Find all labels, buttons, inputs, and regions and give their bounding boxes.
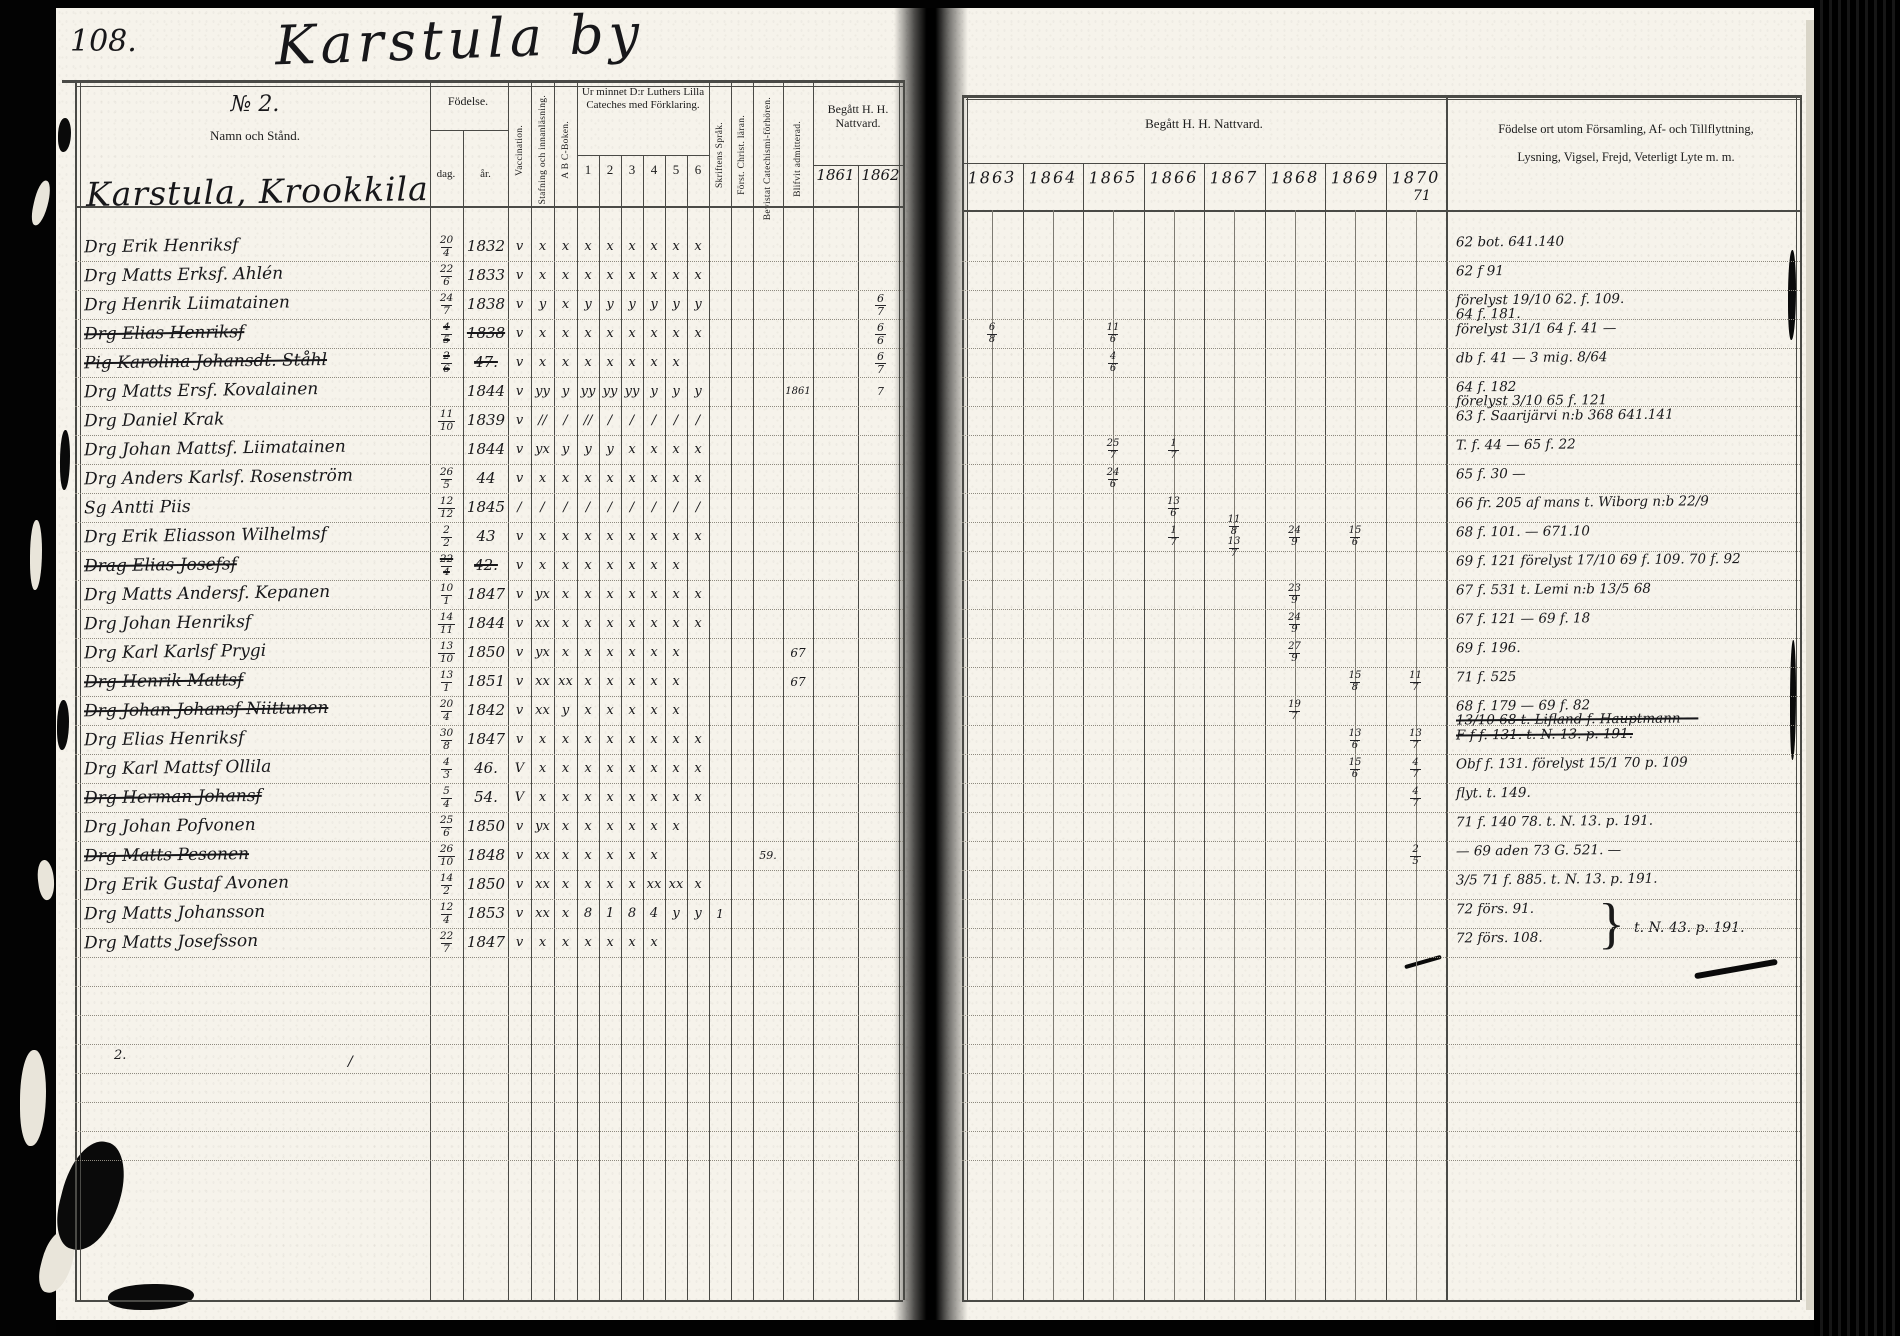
- cell-birth-year: 1842: [464, 701, 508, 719]
- row-rule: [962, 1131, 1800, 1132]
- cell-birth-day: 227: [430, 928, 463, 957]
- cell-catechism-mark: y: [665, 377, 687, 406]
- cell-reading-mark: xx: [531, 899, 554, 928]
- communion-year-label: 1870: [1385, 167, 1445, 187]
- cell-birth-day: 265: [430, 464, 463, 493]
- cell-vaccination-mark: v: [508, 725, 531, 754]
- cell-vaccination-mark: v: [508, 464, 531, 493]
- cell-reading-mark: yx: [531, 580, 554, 609]
- cell-vaccination-mark: v: [508, 551, 531, 580]
- grid-vline: [80, 82, 81, 1300]
- cell-birth-day: 142: [430, 870, 463, 899]
- cell-catechism-mark: /: [643, 493, 665, 522]
- cell-catechism-mark: yy: [577, 377, 599, 406]
- row-rule: [75, 551, 903, 552]
- cell-abc-mark: x: [554, 870, 577, 899]
- cell-vaccination-mark: v: [508, 928, 531, 957]
- row-rule: [75, 493, 903, 494]
- grid-hline: [962, 1300, 1800, 1302]
- cell-vaccination-mark: v: [508, 812, 531, 841]
- cell-abc-mark: y: [554, 435, 577, 464]
- row-rule: [75, 609, 903, 610]
- grid-vline: [903, 82, 905, 1300]
- cell-catechism-mark: /: [665, 493, 687, 522]
- cell-vaccination-mark: V: [508, 754, 531, 783]
- cell-catechism-mark: x: [643, 812, 665, 841]
- cell-catechism-mark: x: [665, 464, 687, 493]
- cell-catechism-mark: y: [687, 377, 709, 406]
- cell-reading-mark: yx: [531, 435, 554, 464]
- remark-line: 67 f. 121 — 69 f. 18: [1456, 610, 1796, 627]
- cell-birth-day: 45: [430, 319, 463, 348]
- cell-reading-mark: x: [531, 232, 554, 261]
- remark-line: Obf f. 131. förelyst 15/1 70 p. 109: [1456, 755, 1796, 772]
- remark-line: 72 förs. 91.: [1456, 900, 1796, 917]
- cell-abc-mark: x: [554, 638, 577, 667]
- cell-communion-year-mark: 137: [1386, 725, 1446, 754]
- cell-catechism-mark: /: [621, 493, 643, 522]
- cell-catechism-mark: x: [577, 870, 599, 899]
- cell-birth-day: 1411: [430, 609, 463, 638]
- cell-catechism-mark: yy: [621, 377, 643, 406]
- remark-line: förelyst 3/10 65 f. 121: [1456, 392, 1796, 409]
- cell-catechism-mark: x: [621, 261, 643, 290]
- cell-vaccination-mark: v: [508, 406, 531, 435]
- cell-vaccination-mark: v: [508, 609, 531, 638]
- row-rule: [962, 1160, 1800, 1161]
- cell-catechism-mark: x: [621, 841, 643, 870]
- cell-catechism-mark: x: [621, 696, 643, 725]
- cell-abc-mark: x: [554, 609, 577, 638]
- cell-communion-year-mark: 158: [1325, 667, 1385, 696]
- cell-vaccination-mark: v: [508, 319, 531, 348]
- cell-birth-day: 204: [430, 232, 463, 261]
- row-name: Drg Matts Ersf. Kovalainen: [84, 378, 428, 403]
- cell-catechism-mark: x: [577, 609, 599, 638]
- grid-hline: [430, 130, 508, 131]
- cell-catechism-mark: x: [665, 580, 687, 609]
- cell-catechism-mark: /: [687, 493, 709, 522]
- cell-catechism-mark: x: [687, 522, 709, 551]
- row-rule: [962, 1073, 1800, 1074]
- cell-birth-day: 308: [430, 725, 463, 754]
- row-rule: [75, 812, 903, 813]
- cell-birth-day: 204: [430, 696, 463, 725]
- cell-birth-year: 1844: [464, 614, 508, 632]
- cell-abc-mark: y: [554, 696, 577, 725]
- cell-communion-year-mark: 197: [1265, 696, 1325, 725]
- cell-catechism-mark: x: [665, 754, 687, 783]
- cell-catechism-mark: 4: [643, 899, 665, 928]
- cell-catechism-mark: y: [599, 435, 621, 464]
- cell-birth-year: 1853: [464, 904, 508, 922]
- row-name: Drg Karl Mattsf Ollila: [84, 755, 428, 780]
- cell-catechism-mark: x: [599, 812, 621, 841]
- cell-catechism-mark: /: [687, 406, 709, 435]
- catechism-subcolumn-number: 5: [665, 162, 687, 178]
- row-name: Drg Karl Karlsf Prygi: [84, 639, 428, 664]
- cell-catechism-mark: y: [577, 290, 599, 319]
- document-scan: 108. Karstula by Karstula, Krookkila № 2…: [0, 0, 1900, 1336]
- cell-vaccination-mark: v: [508, 348, 531, 377]
- cell-catechism-mark: x: [665, 783, 687, 812]
- cell-reading-mark: x: [531, 261, 554, 290]
- row-name: Pig Karolina Johansdt. Ståhl: [84, 349, 428, 374]
- row-rule: [75, 1131, 903, 1132]
- cell-catechism-mark: y: [577, 435, 599, 464]
- cell-catechism-mark: x: [665, 319, 687, 348]
- grid-vline: [992, 210, 993, 1300]
- cell-birth-year: 1844: [464, 382, 508, 400]
- remark-line: 62 f 91: [1456, 262, 1796, 279]
- cell-catechism-mark: x: [621, 754, 643, 783]
- cell-catechism-mark: x: [665, 725, 687, 754]
- cell-abc-mark: x: [554, 754, 577, 783]
- cell-communion-year-mark: 17: [1144, 522, 1204, 551]
- row-rule: [75, 696, 903, 697]
- cell-admitted-mark: 1861: [783, 377, 813, 406]
- cell-catechism-mark: x: [665, 609, 687, 638]
- row-rule: [75, 522, 903, 523]
- remark-line: 62 bot. 641.140: [1456, 233, 1796, 250]
- row-name: Drg Matts Erksf. Ahlén: [84, 262, 428, 287]
- cell-vaccination-mark: v: [508, 841, 531, 870]
- cell-birth-year: 1845: [464, 498, 508, 516]
- cell-catechism-mark: y: [599, 290, 621, 319]
- cell-birth-year: 1838: [464, 295, 508, 313]
- cell-catechism-mark: x: [577, 348, 599, 377]
- cell-birth-year: 42.: [464, 556, 508, 574]
- cell-reading-mark: //: [531, 406, 554, 435]
- cell-catechism-mark: /: [665, 406, 687, 435]
- row-name: Drg Erik Henriksf: [84, 233, 428, 258]
- remark-line: 71 f. 525: [1456, 668, 1796, 685]
- grid-vline: [1053, 210, 1054, 1300]
- cell-communion-year-mark: 239: [1265, 580, 1325, 609]
- cell-reading-mark: x: [531, 348, 554, 377]
- cell-catechism-mark: x: [621, 667, 643, 696]
- row-rule: [75, 464, 903, 465]
- remark-line: F f f. 131. t. N. 13. p. 191.: [1456, 726, 1796, 743]
- cell-catechism-mark: x: [577, 551, 599, 580]
- cell-birth-year: 43: [464, 527, 508, 545]
- cell-abc-mark: /: [554, 493, 577, 522]
- cell-birth-year: 1848: [464, 846, 508, 864]
- grid-hline: [966, 99, 1800, 100]
- cell-reading-mark: y: [531, 290, 554, 319]
- cell-catechism-mark: x: [665, 232, 687, 261]
- cell-catechism-mark: //: [577, 406, 599, 435]
- grid-vline: [731, 82, 732, 1300]
- grid-hline: [62, 80, 905, 83]
- cell-catechism-mark: x: [665, 261, 687, 290]
- row-rule: [75, 928, 903, 929]
- cell-catechism-mark: x: [621, 609, 643, 638]
- row-rule: [962, 1044, 1800, 1045]
- grid-vline: [709, 82, 710, 1300]
- grid-vline: [1023, 163, 1024, 1300]
- row-rule: [75, 870, 903, 871]
- cell-catechism-mark: x: [599, 870, 621, 899]
- cell-catechism-mark: x: [643, 638, 665, 667]
- cell-catechism-mark: x: [643, 609, 665, 638]
- cell-catechism-mark: x: [687, 464, 709, 493]
- cell-birth-year: 1847: [464, 585, 508, 603]
- cell-communion-year-mark: 118137: [1204, 522, 1264, 551]
- cell-catechism-mark: /: [621, 406, 643, 435]
- cell-catechism-mark: x: [599, 232, 621, 261]
- cell-communion-year-mark: 156: [1325, 754, 1385, 783]
- cell-catechism-mark: x: [577, 232, 599, 261]
- cell-communion-year-mark: 47: [1386, 754, 1446, 783]
- cell-reading-mark: yy: [531, 377, 554, 406]
- cell-catechism-mark: x: [643, 551, 665, 580]
- cell-birth-year: 1847: [464, 933, 508, 951]
- row-rule: [75, 957, 903, 958]
- remark-line: 71 f. 140 78. t. N. 13. p. 191.: [1456, 813, 1796, 830]
- cell-catechism-mark: x: [599, 522, 621, 551]
- cell-admitted-mark: 67: [783, 667, 813, 696]
- row-rule: [75, 783, 903, 784]
- cell-reading-mark: x: [531, 464, 554, 493]
- cell-birth-day: 226: [430, 261, 463, 290]
- row-name: Drg Erik Gustaf Avonen: [84, 871, 428, 896]
- cell-communion-year-mark: 47: [1386, 783, 1446, 812]
- communion-year-label: 1866: [1143, 167, 1203, 187]
- cell-catechism-mark: xx: [665, 870, 687, 899]
- grid-vline: [1265, 163, 1266, 1300]
- cell-catechism-mark: y: [621, 290, 643, 319]
- remark-line: 63 f. Saarijärvi n:b 368 641.141: [1456, 407, 1796, 424]
- row-name: Drg Matts Andersf. Kepanen: [84, 581, 428, 606]
- row-rule: [75, 1015, 903, 1016]
- cell-catechism-mark: x: [643, 464, 665, 493]
- row-rule: [75, 261, 903, 262]
- cell-catechism-mark: x: [599, 928, 621, 957]
- cell-catechism-mark: x: [665, 522, 687, 551]
- row-name: Drg Matts Pesonen: [84, 842, 428, 867]
- cell-reading-mark: xx: [531, 870, 554, 899]
- cell-catechism-mark: x: [643, 754, 665, 783]
- row-rule: [75, 1102, 903, 1103]
- cell-vaccination-mark: v: [508, 580, 531, 609]
- cell-communion-year-mark: 246: [1083, 464, 1143, 493]
- cell-catechism-mark: x: [687, 435, 709, 464]
- cell-catechism-mark: x: [643, 580, 665, 609]
- row-name: Drg Johan Mattsf. Liimatainen: [84, 436, 428, 461]
- cell-reading-mark: x: [531, 783, 554, 812]
- cell-catechism-mark: x: [599, 754, 621, 783]
- remark-line: 68 f. 101. — 671.10: [1456, 523, 1796, 540]
- grid-hline: [962, 210, 1800, 212]
- cell-catechism-mark: x: [687, 609, 709, 638]
- cell-catechism-mark: x: [643, 841, 665, 870]
- cell-catechism-mark: x: [643, 696, 665, 725]
- cell-catechism-mark: x: [643, 667, 665, 696]
- cell-birth-day: 131: [430, 667, 463, 696]
- cell-reading-mark: xx: [531, 841, 554, 870]
- grid-hline: [75, 1300, 903, 1302]
- cell-catechism-mark: x: [577, 522, 599, 551]
- cell-catechism-mark: x: [687, 870, 709, 899]
- cell-catechism-mark: x: [687, 319, 709, 348]
- cell-vaccination-mark: v: [508, 667, 531, 696]
- cell-birth-year: 1850: [464, 875, 508, 893]
- cell-reading-mark: x: [531, 754, 554, 783]
- cell-abc-mark: /: [554, 406, 577, 435]
- grid-vline: [753, 82, 754, 1300]
- cell-reading-mark: x: [531, 522, 554, 551]
- cell-birth-year: 54.: [464, 788, 508, 806]
- cell-reading-mark: yx: [531, 812, 554, 841]
- cell-catechism-mark: x: [577, 754, 599, 783]
- row-rule: [962, 1015, 1800, 1016]
- cell-admitted-mark: 67: [783, 638, 813, 667]
- cell-catechism-mark: x: [621, 551, 643, 580]
- cell-reading-mark: x: [531, 319, 554, 348]
- cell-catechism-mark: y: [687, 899, 709, 928]
- cell-catechism-mark: x: [687, 754, 709, 783]
- cell-communion-year-mark: 136: [1144, 493, 1204, 522]
- cell-birth-year: 1844: [464, 440, 508, 458]
- cell-birth-year: 1850: [464, 817, 508, 835]
- cell-reading-mark: /: [531, 493, 554, 522]
- cell-catechism-mark: x: [599, 638, 621, 667]
- cell-catechism-mark: x: [621, 870, 643, 899]
- row-name: Drg Henrik Liimatainen: [84, 291, 428, 316]
- cell-catechism-mark: x: [665, 696, 687, 725]
- cell-catechism-mark: x: [621, 522, 643, 551]
- cell-communion-1862: 67: [858, 290, 903, 319]
- cell-catechism-mark: x: [687, 783, 709, 812]
- cell-abc-mark: x: [554, 783, 577, 812]
- row-name: Drg Matts Josefsson: [84, 929, 428, 954]
- cell-catechism-mark: x: [577, 725, 599, 754]
- cell-birth-day: 1212: [430, 493, 463, 522]
- communion-year-label: 1869: [1325, 167, 1385, 187]
- cell-catechism-mark: 8: [577, 899, 599, 928]
- cell-reading-mark: xx: [531, 696, 554, 725]
- cell-birth-day: 101: [430, 580, 463, 609]
- cell-catechism-mark: x: [643, 725, 665, 754]
- cell-catechism-mark: x: [643, 435, 665, 464]
- cell-communion-year-mark: 117: [1386, 667, 1446, 696]
- cell-communion-year-mark: 156: [1325, 522, 1385, 551]
- cell-catechism-mark: x: [577, 841, 599, 870]
- cell-communion-year-mark: 46: [1083, 348, 1143, 377]
- remark-line: flyt. t. 149.: [1456, 784, 1796, 801]
- row-rule: [75, 1044, 903, 1045]
- cell-birth-day: 54: [430, 783, 463, 812]
- row-name: Drg Erik Eliasson Wilhelmsf: [84, 523, 428, 548]
- row-rule: [75, 406, 903, 407]
- cell-communion-1862: 7: [858, 377, 903, 406]
- cell-abc-mark: y: [554, 377, 577, 406]
- row-name: Drg Johan Henriksf: [84, 610, 428, 635]
- cell-catechism-mark: x: [599, 783, 621, 812]
- remark-line: — 69 aden 73 G. 521. —: [1456, 842, 1796, 859]
- cell-abc-mark: x: [554, 290, 577, 319]
- cell-catechism-mark: x: [643, 928, 665, 957]
- communion-year-label: 1863: [962, 167, 1022, 187]
- cell-catechism-mark: x: [621, 928, 643, 957]
- cell-catechism-mark: x: [665, 435, 687, 464]
- catechism-subcolumn-number: 3: [621, 162, 643, 178]
- cell-catechism-mark: x: [599, 319, 621, 348]
- cell-communion-year-mark: 25: [1386, 841, 1446, 870]
- cell-catechism-mark: 1: [599, 899, 621, 928]
- cell-vaccination-mark: v: [508, 261, 531, 290]
- row-name: Drag Elias Josefsf: [84, 552, 428, 577]
- cell-abc-mark: x: [554, 319, 577, 348]
- cell-abc-mark: x: [554, 899, 577, 928]
- cell-catechism-mark: x: [599, 667, 621, 696]
- cell-catechism-mark: x: [621, 580, 643, 609]
- cell-abc-mark: x: [554, 522, 577, 551]
- cell-catechism-mark: x: [643, 783, 665, 812]
- cell-catechism-mark: x: [599, 551, 621, 580]
- grid-hline: [75, 86, 903, 87]
- cell-birth-day: 1110: [430, 406, 463, 435]
- cell-birth-day: 256: [430, 812, 463, 841]
- cell-reading-mark: xx: [531, 667, 554, 696]
- cell-catechism-mark: x: [621, 319, 643, 348]
- cell-communion-year-mark: 68: [962, 319, 1022, 348]
- cell-vaccination-mark: V: [508, 783, 531, 812]
- cell-catechism-mark: x: [599, 725, 621, 754]
- cell-catechism-mark: x: [643, 232, 665, 261]
- row-name: Drg Herman Johansf: [84, 784, 428, 809]
- row-rule: [75, 319, 903, 320]
- cell-birth-year: 1838: [464, 324, 508, 342]
- row-rule: [75, 986, 903, 987]
- row-name: Drg Matts Johansson: [84, 900, 428, 925]
- cell-vaccination-mark: v: [508, 638, 531, 667]
- cell-catechism-mark: x: [577, 812, 599, 841]
- grid-vline: [899, 82, 900, 1300]
- cell-catechism-mark: /: [577, 493, 599, 522]
- row-rule: [962, 986, 1800, 987]
- cell-birth-year: 1832: [464, 237, 508, 255]
- grid-hline: [962, 95, 1800, 98]
- cell-birth-year: 46.: [464, 759, 508, 777]
- catechism-subcolumn-number: 2: [599, 162, 621, 178]
- row-rule: [962, 957, 1800, 958]
- cell-vaccination-mark: v: [508, 377, 531, 406]
- grid-vline: [962, 95, 964, 1300]
- cell-catechism-mark: x: [599, 580, 621, 609]
- cell-birth-day: 224: [430, 551, 463, 580]
- row-name: Drg Daniel Krak: [84, 407, 428, 432]
- cell-abc-mark: x: [554, 348, 577, 377]
- cell-catechism-mark: x: [665, 348, 687, 377]
- grid-vline: [1446, 95, 1448, 1300]
- remark-line: 64 f. 181.: [1456, 305, 1796, 322]
- table-grid: 12345618631864186518661867186818691870Dr…: [0, 0, 1900, 1336]
- cell-catechism-mark: x: [577, 783, 599, 812]
- cell-vaccination-mark: v: [508, 870, 531, 899]
- cell-catechism-mark: x: [665, 812, 687, 841]
- cell-communion-year-mark: 249: [1265, 522, 1325, 551]
- row-rule: [75, 899, 903, 900]
- cell-birth-day: 247: [430, 290, 463, 319]
- cell-catechism-mark: x: [577, 928, 599, 957]
- row-rule: [75, 435, 903, 436]
- grid-vline: [1800, 95, 1802, 1300]
- cell-abc-mark: x: [554, 812, 577, 841]
- cell-catechism-mark: x: [599, 261, 621, 290]
- grid-vline: [813, 82, 814, 1300]
